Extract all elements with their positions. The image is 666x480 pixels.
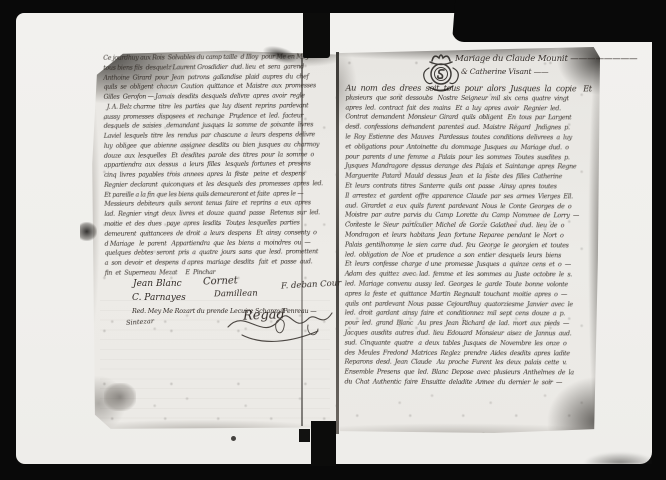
- signature-regad: Regad: [243, 307, 285, 323]
- film-border-bottom: [0, 464, 666, 480]
- left-page-text-block: Ce jourdhuy aux Rois Solvables du camp t…: [103, 52, 335, 278]
- manuscript-line: du Chat Authentic faire Ensuitte deladit…: [344, 377, 600, 388]
- edge-smudge: [583, 452, 657, 464]
- film-border-left: [0, 0, 16, 480]
- binding-tab-bottom: [311, 421, 336, 466]
- marriage-record-subheading: & Catherine Visant ——: [461, 67, 548, 76]
- right-page-text-block: Au nom des drees soit tous pour alors Ju…: [344, 84, 601, 389]
- signature-jean-blanc: Jean Blanc: [133, 279, 182, 289]
- film-border-right: [652, 0, 666, 480]
- film-border-top-right: [452, 0, 666, 42]
- signature-cornet: Cornet: [203, 275, 238, 287]
- signature-parnayes: C. Parnayes: [132, 293, 186, 303]
- microfilm-scan-view: Ce jourdhuy aux Rois Solvables du camp t…: [0, 0, 666, 480]
- marriage-record-heading: Mariage du Claude Mounit ————————: [455, 54, 637, 64]
- binding-gutter-line: [336, 52, 339, 434]
- binding-tab-fragment: [299, 429, 310, 442]
- signature-damillean: Damillean: [214, 289, 258, 300]
- binding-tab-top: [303, 13, 330, 58]
